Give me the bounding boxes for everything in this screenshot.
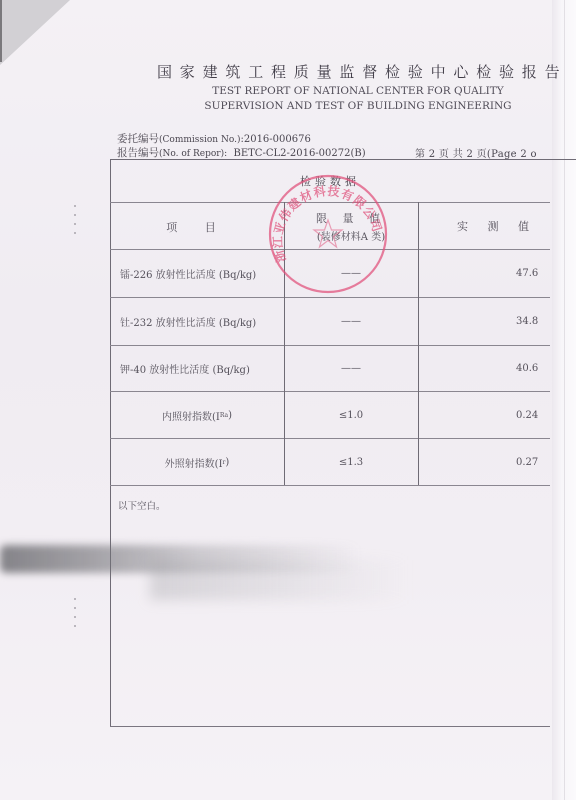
table-border-top — [110, 159, 576, 160]
row-k40-value: 40.6 — [418, 346, 550, 391]
section-title: 检验数据 — [110, 173, 550, 189]
report-label-en: (No. of Repor): — [159, 149, 227, 159]
commission-value: :2016-000676 — [240, 134, 310, 145]
row-external-index-value: 0.27 — [418, 439, 550, 485]
internal-index-close: ) — [228, 410, 232, 421]
header-limit: 限 量 值 (装修材料A 类) — [284, 203, 418, 249]
row-external-index-item: 外照射指数(Ir) — [110, 439, 284, 485]
report-value: BETC-CL2-2016-00272(B) — [233, 148, 365, 159]
row-ra226-value: 47.6 — [418, 250, 550, 297]
external-index-label: 外照射指数(I — [165, 455, 223, 470]
report-number: 报告编号(No. of Repor): BETC-CL2-2016-00272(… — [117, 145, 366, 160]
internal-index-label: 内照射指数(I — [162, 408, 220, 423]
table-border-bottom — [110, 726, 550, 727]
report-title-en-line1: TEST REPORT OF NATIONAL CENTER FOR QUALI… — [140, 85, 576, 97]
commission-number: 委托编号(Commission No.):2016-000676 — [117, 131, 311, 146]
report-title-en-line2: SUPERVISION AND TEST OF BUILDING ENGINEE… — [140, 100, 576, 112]
scan-corner-edge — [0, 0, 2, 62]
external-index-close: ) — [225, 457, 229, 468]
report-title-cn: 国家建筑工程质量监督检验中心检验报告 — [157, 61, 567, 82]
header-limit-title: 限 量 值 — [316, 210, 386, 226]
header-limit-subtitle: (装修材料A 类) — [317, 228, 385, 243]
row-th232-limit: —— — [284, 298, 418, 345]
row-k40-limit: —— — [284, 346, 418, 391]
report-label-cn: 报告编号 — [117, 147, 159, 159]
row-external-index-value-text: 0.27 — [516, 457, 550, 468]
row-internal-index-value-text: 0.24 — [516, 410, 550, 421]
row-internal-index-limit: ≤1.0 — [284, 392, 418, 438]
header-item: 项 目 — [110, 205, 284, 249]
row-ra226-limit: —— — [284, 250, 418, 297]
row-ra226-value-text: 47.6 — [516, 268, 550, 279]
row-ra226-item: 镭-226 放射性比活度 (Bq/kg) — [120, 250, 280, 297]
row-external-index-limit: ≤1.3 — [284, 439, 418, 485]
blank-below-note: 以下空白。 — [118, 498, 166, 512]
commission-label-en: (Commission No.) — [159, 135, 240, 145]
test-data-table: 检验数据 项 目 限 量 值 (装修材料A 类) 实 测 值 镭-226 放射性… — [110, 159, 576, 727]
row-internal-index-value: 0.24 — [418, 392, 550, 438]
row-th232-value: 34.8 — [418, 298, 550, 345]
scanned-page: 国家建筑工程质量监督检验中心检验报告 TEST REPORT OF NATION… — [0, 0, 576, 800]
row-internal-index-item: 内照射指数(IRa) — [110, 392, 284, 438]
row-th232-value-text: 34.8 — [516, 316, 550, 327]
binding-marks-bottom — [74, 598, 78, 634]
row-k40-item: 钾-40 放射性比活度 (Bq/kg) — [120, 346, 280, 391]
row-k40-value-text: 40.6 — [516, 363, 550, 374]
internal-index-subscript: Ra — [220, 412, 228, 419]
page-info: 第 2 页 共 2 页(Page 2 o — [415, 145, 537, 160]
binding-marks-top — [74, 205, 78, 241]
commission-label-cn: 委托编号 — [117, 133, 159, 145]
header-measured: 实 测 值 — [418, 203, 576, 249]
row-th232-item: 钍-232 放射性比活度 (Bq/kg) — [120, 298, 280, 345]
row-divider — [110, 485, 550, 486]
scan-corner-shadow — [0, 0, 70, 65]
scan-smudge-faint — [150, 560, 410, 600]
